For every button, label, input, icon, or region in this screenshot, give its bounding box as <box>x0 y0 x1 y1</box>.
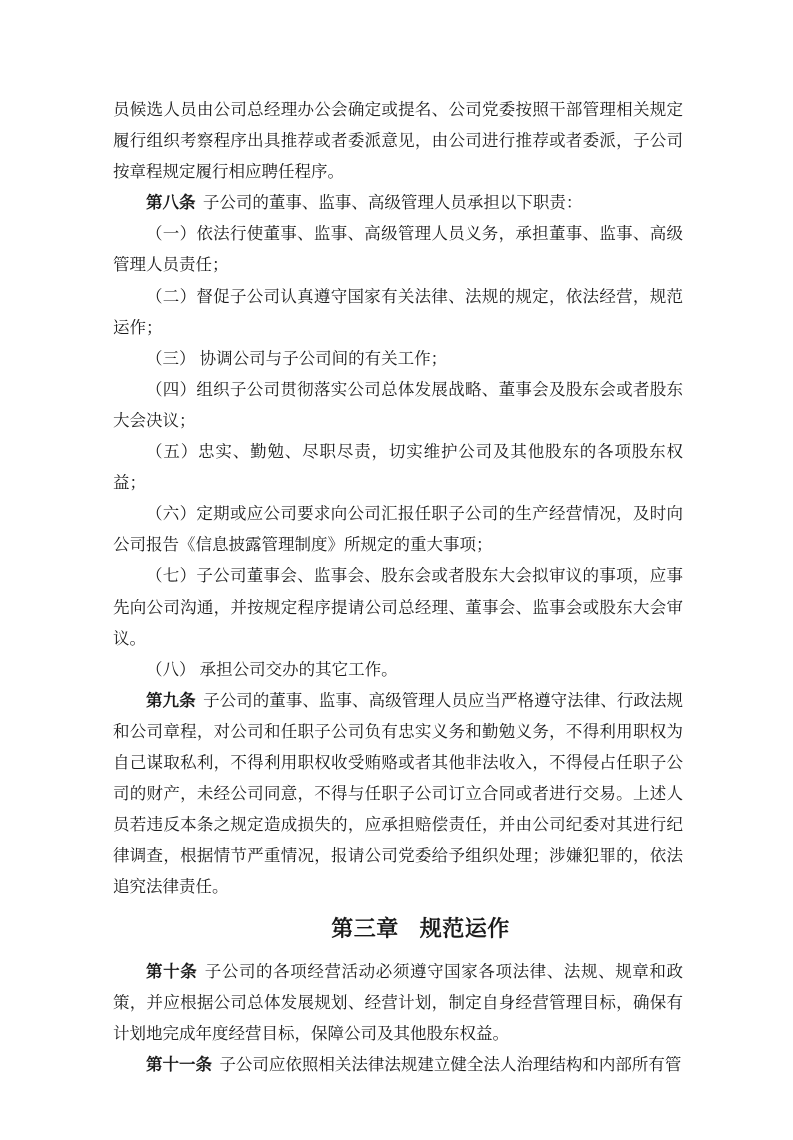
article-8-paragraph: 第八条子公司的董事、监事、高级管理人员承担以下职责： <box>113 187 683 218</box>
paragraph-text: （三） 协调公司与子公司间的有关工作； <box>146 349 447 368</box>
clause-item-1: （一）依法行使董事、监事、高级管理人员义务，承担董事、监事、高级管理人员责任； <box>113 218 683 280</box>
paragraph-text: 员候选人员由公司总经理办公会确定或提名、公司党委按照干部管理相关规定履行组织考察… <box>113 100 683 181</box>
paragraph-text: 子公司应依照相关法律法规建立健全法人治理结构和内部所有管 <box>219 1055 681 1074</box>
clause-item-7: （七）子公司董事会、监事会、股东会或者股东大会拟审议的事项，应事先向公司沟通，并… <box>113 560 683 653</box>
paragraph-text: （六）定期或应公司要求向公司汇报任职子公司的生产经营情况，及时向公司报告《信息披… <box>113 504 683 554</box>
clause-item-2: （二）督促子公司认真遵守国家有关法律、法规的规定，依法经营，规范运作； <box>113 281 683 343</box>
clause-item-8: （八） 承担公司交办的其它工作。 <box>113 654 683 685</box>
article-11-paragraph: 第十一条子公司应依照相关法律法规建立健全法人治理结构和内部所有管 <box>113 1049 683 1080</box>
article-8-label: 第八条 <box>146 193 196 212</box>
article-9-paragraph: 第九条子公司的董事、监事、高级管理人员应当严格遵守法律、行政法规和公司章程，对公… <box>113 685 683 903</box>
article-11-label: 第十一条 <box>146 1055 212 1074</box>
paragraph-text: （二）督促子公司认真遵守国家有关法律、法规的规定，依法经营，规范运作； <box>113 287 683 337</box>
paragraph-text: （八） 承担公司交办的其它工作。 <box>146 660 398 679</box>
paragraph-continuation: 员候选人员由公司总经理办公会确定或提名、公司党委按照干部管理相关规定履行组织考察… <box>113 94 683 187</box>
chapter-title: 规范运作 <box>420 916 510 941</box>
clause-item-6: （六）定期或应公司要求向公司汇报任职子公司的生产经营情况，及时向公司报告《信息披… <box>113 498 683 560</box>
paragraph-text: 子公司的董事、监事、高级管理人员应当严格遵守法律、行政法规和公司章程，对公司和任… <box>113 691 683 897</box>
document-body: 员候选人员由公司总经理办公会确定或提名、公司党委按照干部管理相关规定履行组织考察… <box>113 94 683 1080</box>
article-10-paragraph: 第十条子公司的各项经营活动必须遵守国家各项法律、法规、规章和政策，并应根据公司总… <box>113 956 683 1049</box>
paragraph-text: （五）忠实、勤勉、尽职尽责，切实维护公司及其他股东的各项股东权益； <box>113 442 683 492</box>
document-page: 员候选人员由公司总经理办公会确定或提名、公司党委按照干部管理相关规定履行组织考察… <box>0 0 793 1140</box>
clause-item-4: （四）组织子公司贯彻落实公司总体发展战略、董事会及股东会或者股东大会决议； <box>113 374 683 436</box>
chapter-number: 第三章 <box>331 916 399 941</box>
clause-item-3: （三） 协调公司与子公司间的有关工作； <box>113 343 683 374</box>
paragraph-text: （七）子公司董事会、监事会、股东会或者股东大会拟审议的事项，应事先向公司沟通，并… <box>113 566 683 647</box>
chapter-heading: 第三章规范运作 <box>113 913 683 944</box>
paragraph-text: （四）组织子公司贯彻落实公司总体发展战略、董事会及股东会或者股东大会决议； <box>113 380 683 430</box>
clause-item-5: （五）忠实、勤勉、尽职尽责，切实维护公司及其他股东的各项股东权益； <box>113 436 683 498</box>
paragraph-text: （一）依法行使董事、监事、高级管理人员义务，承担董事、监事、高级管理人员责任； <box>113 224 683 274</box>
paragraph-text: 子公司的董事、监事、高级管理人员承担以下职责： <box>203 193 583 212</box>
article-10-label: 第十条 <box>146 962 197 981</box>
paragraph-text: 子公司的各项经营活动必须遵守国家各项法律、法规、规章和政策，并应根据公司总体发展… <box>113 962 683 1043</box>
article-9-label: 第九条 <box>146 691 196 710</box>
